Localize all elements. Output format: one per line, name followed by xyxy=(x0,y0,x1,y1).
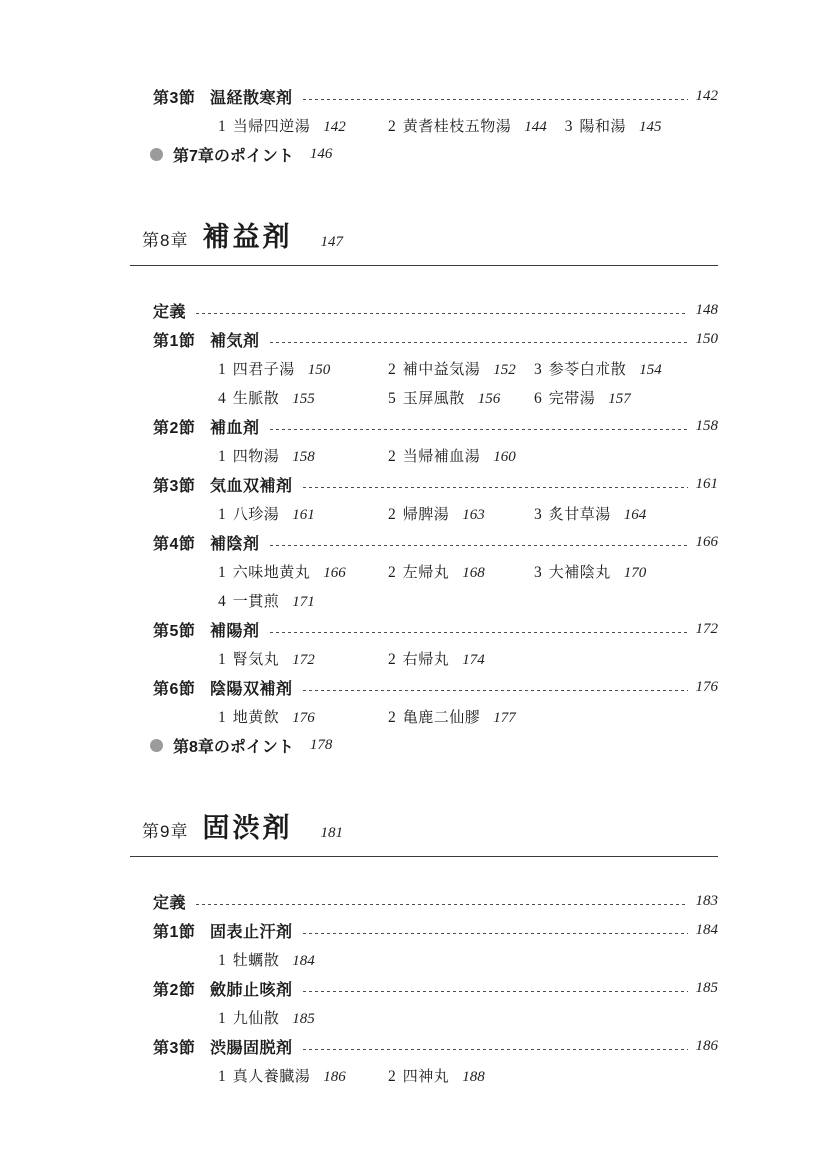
formula-page-number: 168 xyxy=(462,565,485,581)
formula-name: 黄耆桂枝五物湯 xyxy=(403,118,512,135)
section-page-number: 150 xyxy=(696,331,719,348)
formula-item: 3炙甘草湯164 xyxy=(534,503,664,524)
formula-item-row: 1四君子湯1502補中益気湯1523参苓白朮散154 xyxy=(130,354,718,383)
formula-number: 1 xyxy=(218,361,226,378)
section-page-number: 161 xyxy=(696,476,719,493)
formula-item: 2帰脾湯163 xyxy=(388,503,534,524)
chapter-point-row: 第7章のポイント146 xyxy=(130,140,718,169)
formula-item: 3大補陰丸170 xyxy=(534,561,664,582)
formula-page-number: 156 xyxy=(478,391,501,407)
formula-name: 大補陰丸 xyxy=(549,564,611,581)
formula-item-row: 1真人養臓湯1862四神丸188 xyxy=(130,1061,718,1090)
formula-number: 2 xyxy=(388,506,396,523)
formula-item: 4一貫煎171 xyxy=(218,590,388,611)
dotted-leader xyxy=(303,690,688,691)
dotted-leader xyxy=(270,429,688,430)
formula-page-number: 150 xyxy=(308,362,331,378)
section-title: 補気剤 xyxy=(210,328,260,351)
chapter-page-number: 181 xyxy=(320,817,343,850)
formula-name: 九仙散 xyxy=(233,1010,280,1027)
dotted-leader xyxy=(270,545,688,546)
formula-name: 当帰四逆湯 xyxy=(233,118,311,135)
chapter-label: 第8章 xyxy=(142,224,188,257)
formula-item: 1真人養臓湯186 xyxy=(218,1065,388,1086)
chapter-heading: 第9章固渋剤181 xyxy=(130,812,718,857)
formula-item: 1九仙散185 xyxy=(218,1007,388,1028)
section-title: 補陰剤 xyxy=(210,531,260,554)
formula-item-row: 1当帰四逆湯1422黄耆桂枝五物湯1443陽和湯145 xyxy=(130,111,718,140)
formula-number: 2 xyxy=(388,651,396,668)
chapter-point-row: 第8章のポイント178 xyxy=(130,731,718,760)
formula-number: 4 xyxy=(218,390,226,407)
formula-item: 1当帰四逆湯142 xyxy=(218,115,388,136)
formula-name: 一貫煎 xyxy=(233,593,280,610)
formula-page-number: 170 xyxy=(624,565,647,581)
section-number-label: 第3節 xyxy=(153,473,210,496)
section-title: 補血剤 xyxy=(210,415,260,438)
formula-item: 3参苓白朮散154 xyxy=(534,358,680,379)
toc-section-row: 第6節陰陽双補剤176 xyxy=(130,673,718,702)
formula-name: 生脈散 xyxy=(233,390,280,407)
dotted-leader xyxy=(270,632,688,633)
formula-number: 1 xyxy=(218,564,226,581)
formula-item-row: 4生脈散1555玉屏風散1566完帯湯157 xyxy=(130,383,718,412)
toc-section-row: 第3節渋腸固脱剤186 xyxy=(130,1032,718,1061)
formula-page-number: 185 xyxy=(292,1011,315,1027)
formula-number: 1 xyxy=(218,118,226,135)
formula-page-number: 161 xyxy=(292,507,315,523)
chapter-title: 固渋剤 xyxy=(202,812,292,845)
toc-section-row: 第2節補血剤158 xyxy=(130,412,718,441)
formula-item: 2四神丸188 xyxy=(388,1065,534,1086)
section-page-number: 142 xyxy=(696,88,719,105)
section-title: 斂肺止咳剤 xyxy=(210,977,293,1000)
formula-page-number: 157 xyxy=(608,391,631,407)
section-number-label: 第3節 xyxy=(153,1035,210,1058)
formula-item: 2黄耆桂枝五物湯144 xyxy=(388,115,565,136)
formula-number: 2 xyxy=(388,1068,396,1085)
formula-page-number: 164 xyxy=(624,507,647,523)
section-number-label: 第6節 xyxy=(153,676,210,699)
section-number-label: 第1節 xyxy=(153,328,210,351)
formula-item: 1地黄飲176 xyxy=(218,706,388,727)
formula-item: 1腎気丸172 xyxy=(218,648,388,669)
section-title: 固表止汗剤 xyxy=(210,919,293,942)
formula-name: 帰脾湯 xyxy=(403,506,450,523)
toc-section-row: 第4節補陰剤166 xyxy=(130,528,718,557)
formula-page-number: 172 xyxy=(292,652,315,668)
formula-item: 2左帰丸168 xyxy=(388,561,534,582)
formula-number: 1 xyxy=(218,709,226,726)
section-number-label: 第2節 xyxy=(153,977,210,1000)
toc-section-row: 第2節斂肺止咳剤185 xyxy=(130,974,718,1003)
formula-number: 1 xyxy=(218,952,226,969)
formula-number: 1 xyxy=(218,448,226,465)
formula-item-row: 1地黄飲1762亀鹿二仙膠177 xyxy=(130,702,718,731)
chapter-page-number: 147 xyxy=(320,226,343,259)
section-page-number: 176 xyxy=(696,679,719,696)
section-title: 陰陽双補剤 xyxy=(210,676,293,699)
formula-name: 六味地黄丸 xyxy=(233,564,311,581)
formula-name: 真人養臓湯 xyxy=(233,1068,311,1085)
formula-name: 四君子湯 xyxy=(233,361,295,378)
formula-number: 2 xyxy=(388,448,396,465)
toc-section-row: 第5節補陽剤172 xyxy=(130,615,718,644)
formula-page-number: 142 xyxy=(323,119,346,135)
formula-page-number: 184 xyxy=(292,953,315,969)
toc-page: 第3節温経散寒剤1421当帰四逆湯1422黄耆桂枝五物湯1443陽和湯145第7… xyxy=(130,0,718,1090)
formula-item: 1牡蠣散184 xyxy=(218,949,388,970)
section-number-label: 第3節 xyxy=(153,85,210,108)
dotted-leader xyxy=(196,313,687,314)
dotted-leader xyxy=(303,99,688,100)
formula-name: 四物湯 xyxy=(233,448,280,465)
section-number-label: 第4節 xyxy=(153,531,210,554)
formula-name: 牡蠣散 xyxy=(233,952,280,969)
formula-item: 4生脈散155 xyxy=(218,387,388,408)
formula-name: 炙甘草湯 xyxy=(549,506,611,523)
toc-row-group: 定義183第1節固表止汗剤1841牡蠣散184第2節斂肺止咳剤1851九仙散18… xyxy=(130,887,718,1090)
formula-page-number: 188 xyxy=(462,1069,485,1085)
formula-page-number: 145 xyxy=(639,119,662,135)
point-page-number: 178 xyxy=(310,737,333,754)
chapter-heading: 第8章補益剤147 xyxy=(130,221,718,266)
formula-name: 参苓白朮散 xyxy=(549,361,627,378)
section-title: 気血双補剤 xyxy=(210,473,293,496)
section-number-label: 第1節 xyxy=(153,919,210,942)
chapter-label: 第9章 xyxy=(142,815,188,848)
formula-page-number: 152 xyxy=(493,362,516,378)
section-title: 温経散寒剤 xyxy=(210,85,293,108)
formula-name: 補中益気湯 xyxy=(403,361,481,378)
formula-item: 1八珍湯161 xyxy=(218,503,388,524)
formula-page-number: 158 xyxy=(292,449,315,465)
formula-item-row: 1八珍湯1612帰脾湯1633炙甘草湯164 xyxy=(130,499,718,528)
section-title: 渋腸固脱剤 xyxy=(210,1035,293,1058)
dotted-leader xyxy=(303,933,688,934)
formula-item: 1四君子湯150 xyxy=(218,358,388,379)
formula-page-number: 171 xyxy=(292,594,315,610)
section-page-number: 183 xyxy=(696,893,719,910)
dotted-leader xyxy=(303,487,688,488)
formula-number: 3 xyxy=(534,506,542,523)
formula-item-row: 1四物湯1582当帰補血湯160 xyxy=(130,441,718,470)
formula-item-row: 1九仙散185 xyxy=(130,1003,718,1032)
point-title: 第7章のポイント xyxy=(173,143,294,166)
toc-section-row: 第3節気血双補剤161 xyxy=(130,470,718,499)
formula-name: 八珍湯 xyxy=(233,506,280,523)
point-page-number: 146 xyxy=(310,146,333,163)
formula-page-number: 154 xyxy=(639,362,662,378)
formula-item: 2補中益気湯152 xyxy=(388,358,534,379)
toc-row-group: 定義148第1節補気剤1501四君子湯1502補中益気湯1523参苓白朮散154… xyxy=(130,296,718,760)
section-number-label: 第2節 xyxy=(153,415,210,438)
toc-section-row: 定義183 xyxy=(130,887,718,916)
bullet-icon xyxy=(150,739,163,752)
toc-section-row: 第3節温経散寒剤142 xyxy=(130,82,718,111)
formula-page-number: 177 xyxy=(493,710,516,726)
formula-page-number: 174 xyxy=(462,652,485,668)
formula-number: 2 xyxy=(388,709,396,726)
formula-item-row: 1牡蠣散184 xyxy=(130,945,718,974)
formula-name: 左帰丸 xyxy=(403,564,450,581)
formula-page-number: 144 xyxy=(524,119,547,135)
formula-item-row: 1六味地黄丸1662左帰丸1683大補陰丸170 xyxy=(130,557,718,586)
formula-name: 完帯湯 xyxy=(549,390,596,407)
formula-number: 2 xyxy=(388,564,396,581)
formula-page-number: 186 xyxy=(323,1069,346,1085)
formula-name: 地黄飲 xyxy=(233,709,280,726)
formula-number: 3 xyxy=(534,564,542,581)
section-page-number: 186 xyxy=(696,1038,719,1055)
formula-item: 3陽和湯145 xyxy=(565,115,680,136)
formula-name: 当帰補血湯 xyxy=(403,448,481,465)
dotted-leader xyxy=(303,1049,688,1050)
section-page-number: 184 xyxy=(696,922,719,939)
formula-name: 右帰丸 xyxy=(403,651,450,668)
section-title: 定義 xyxy=(153,299,186,322)
formula-name: 陽和湯 xyxy=(580,118,627,135)
formula-item: 1六味地黄丸166 xyxy=(218,561,388,582)
formula-number: 2 xyxy=(388,118,396,135)
formula-page-number: 176 xyxy=(292,710,315,726)
formula-page-number: 166 xyxy=(323,565,346,581)
dotted-leader xyxy=(270,342,688,343)
formula-item: 2当帰補血湯160 xyxy=(388,445,534,466)
section-page-number: 172 xyxy=(696,621,719,638)
formula-page-number: 155 xyxy=(292,391,315,407)
formula-item: 1四物湯158 xyxy=(218,445,388,466)
formula-number: 6 xyxy=(534,390,542,407)
formula-number: 4 xyxy=(218,593,226,610)
toc-section-row: 第1節補気剤150 xyxy=(130,325,718,354)
formula-item-row: 1腎気丸1722右帰丸174 xyxy=(130,644,718,673)
bullet-icon xyxy=(150,148,163,161)
formula-page-number: 163 xyxy=(462,507,485,523)
formula-number: 1 xyxy=(218,651,226,668)
formula-item: 2右帰丸174 xyxy=(388,648,534,669)
formula-number: 2 xyxy=(388,361,396,378)
section-title: 補陽剤 xyxy=(210,618,260,641)
formula-page-number: 160 xyxy=(493,449,516,465)
formula-item: 6完帯湯157 xyxy=(534,387,649,408)
formula-name: 四神丸 xyxy=(403,1068,450,1085)
section-number-label: 第5節 xyxy=(153,618,210,641)
formula-number: 5 xyxy=(388,390,396,407)
dotted-leader xyxy=(303,991,688,992)
formula-number: 1 xyxy=(218,506,226,523)
formula-item: 5玉屏風散156 xyxy=(388,387,534,408)
section-page-number: 148 xyxy=(696,302,719,319)
chapter-title: 補益剤 xyxy=(202,221,292,254)
section-page-number: 158 xyxy=(696,418,719,435)
formula-name: 亀鹿二仙膠 xyxy=(403,709,481,726)
section-title: 定義 xyxy=(153,890,186,913)
section-page-number: 185 xyxy=(696,980,719,997)
toc-row-group: 第3節温経散寒剤1421当帰四逆湯1422黄耆桂枝五物湯1443陽和湯145第7… xyxy=(130,82,718,169)
formula-item-row: 4一貫煎171 xyxy=(130,586,718,615)
section-page-number: 166 xyxy=(696,534,719,551)
dotted-leader xyxy=(196,904,687,905)
formula-number: 1 xyxy=(218,1068,226,1085)
toc-section-row: 第1節固表止汗剤184 xyxy=(130,916,718,945)
point-title: 第8章のポイント xyxy=(173,734,294,757)
formula-number: 1 xyxy=(218,1010,226,1027)
formula-name: 玉屏風散 xyxy=(403,390,465,407)
formula-name: 腎気丸 xyxy=(233,651,280,668)
toc-section-row: 定義148 xyxy=(130,296,718,325)
formula-number: 3 xyxy=(565,118,573,135)
formula-number: 3 xyxy=(534,361,542,378)
formula-item: 2亀鹿二仙膠177 xyxy=(388,706,534,727)
